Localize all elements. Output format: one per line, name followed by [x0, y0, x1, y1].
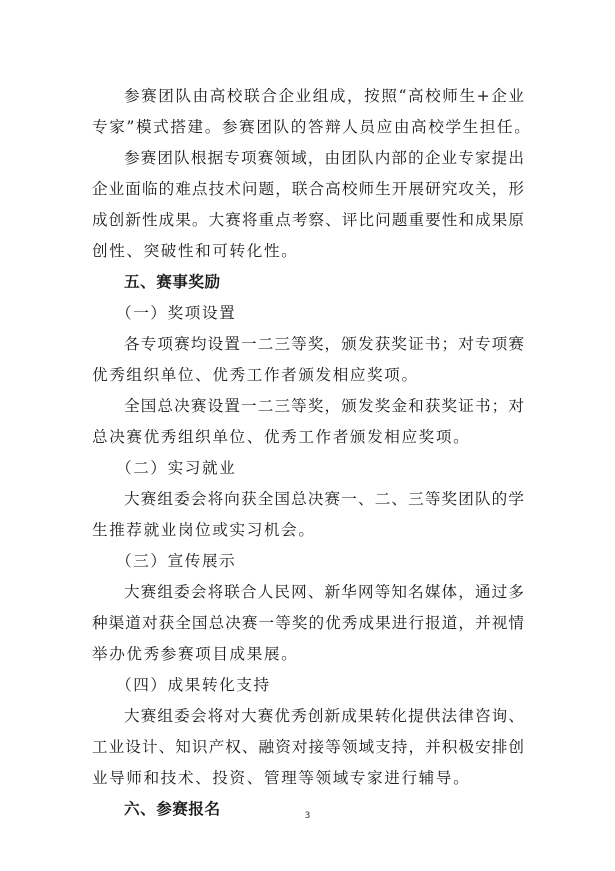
- paragraph-line: 种渠道对获全国总决赛一等奖的优秀成果进行报道，并视情: [92, 608, 524, 639]
- paragraph-line: 生推荐就业岗位或实习机会。: [92, 515, 524, 546]
- subsection-heading: （二）实习就业: [92, 453, 524, 484]
- paragraph-line: 全国总决赛设置一二三等奖，颁发奖金和获奖证书；对: [92, 391, 524, 422]
- paragraph-line: 业导师和技术、投资、管理等领域专家进行辅导。: [92, 763, 524, 794]
- paragraph-line: 创性、突破性和可转化性。: [92, 236, 524, 267]
- paragraph-line: 工业设计、知识产权、融资对接等领域支持，并积极安排创: [92, 732, 524, 763]
- paragraph-line: 优秀组织单位、优秀工作者颁发相应奖项。: [92, 360, 524, 391]
- paragraph-line: 成创新性成果。大赛将重点考察、评比问题重要性和成果原: [92, 205, 524, 236]
- paragraph-line: 企业面临的难点技术问题，联合高校师生开展研究攻关，形: [92, 174, 524, 205]
- paragraph-line: 大赛组委会将向获全国总决赛一、二、三等奖团队的学: [92, 484, 524, 515]
- document-page: 参赛团队由高校联合企业组成，按照“高校师生+企业 专家”模式搭建。参赛团队的答辩…: [92, 81, 524, 825]
- paragraph-line: 参赛团队由高校联合企业组成，按照“高校师生+企业: [92, 81, 524, 112]
- subsection-heading: （一）奖项设置: [92, 298, 524, 329]
- subsection-heading: （三）宣传展示: [92, 546, 524, 577]
- paragraph-line: 大赛组委会将联合人民网、新华网等知名媒体，通过多: [92, 577, 524, 608]
- paragraph-line: 大赛组委会将对大赛优秀创新成果转化提供法律咨询、: [92, 701, 524, 732]
- paragraph-line: 参赛团队根据专项赛领域，由团队内部的企业专家提出: [92, 143, 524, 174]
- paragraph-line: 总决赛优秀组织单位、优秀工作者颁发相应奖项。: [92, 422, 524, 453]
- subsection-heading: （四）成果转化支持: [92, 670, 524, 701]
- paragraph-line: 专家”模式搭建。参赛团队的答辩人员应由高校学生担任。: [92, 112, 524, 143]
- page-number: 3: [0, 811, 615, 821]
- paragraph-line: 各专项赛均设置一二三等奖，颁发获奖证书；对专项赛: [92, 329, 524, 360]
- paragraph-line: 举办优秀参赛项目成果展。: [92, 639, 524, 670]
- section-heading: 五、赛事奖励: [92, 267, 524, 298]
